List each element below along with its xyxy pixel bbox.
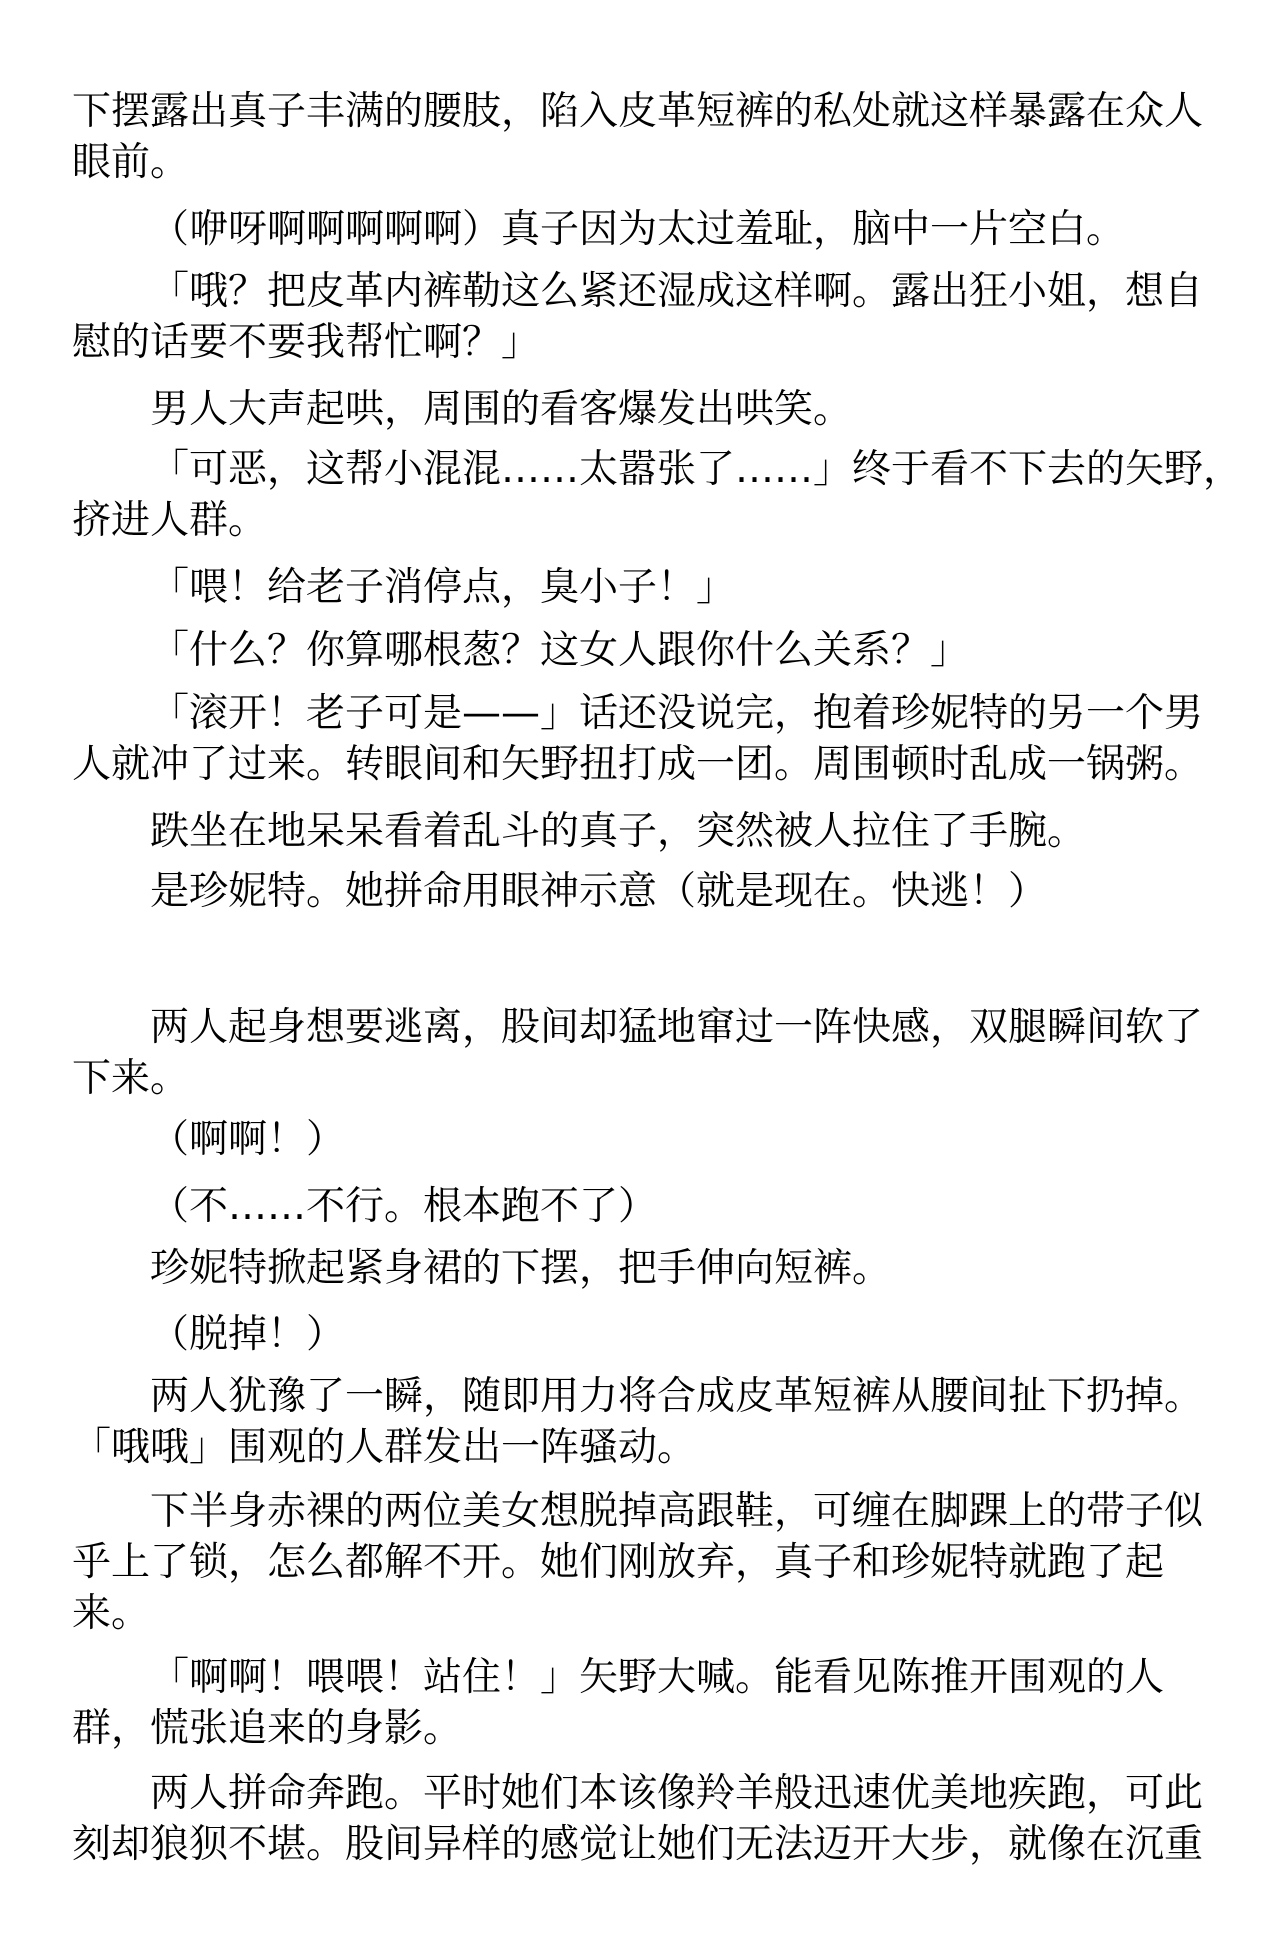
text-line: 乎上了锁，怎么都解不开。她们刚放弃，真子和珍妮特就跑了起: [72, 1537, 1232, 1588]
text-line: 「可恶，这帮小混混……太嚣张了……」终于看不下去的矢野，: [72, 444, 1232, 495]
text-line: 挤进人群。: [72, 495, 1232, 546]
paragraph: （咿呀啊啊啊啊啊）真子因为太过羞耻，脑中一片空白。: [72, 204, 1232, 255]
text-line: 人就冲了过来。转眼间和矢野扭打成一团。周围顿时乱成一锅粥。: [72, 739, 1232, 790]
paragraph: 跌坐在地呆呆看着乱斗的真子，突然被人拉住了手腕。: [72, 806, 1232, 857]
paragraph: 「啊啊！喂喂！站住！」矢野大喊。能看见陈推开围观的人 群，慌张追来的身影。: [72, 1652, 1232, 1754]
text-line: 下来。: [72, 1053, 1232, 1104]
paragraph: 珍妮特掀起紧身裙的下摆，把手伸向短裤。: [72, 1243, 1232, 1294]
text-line: 来。: [72, 1588, 1232, 1639]
text-line: （咿呀啊啊啊啊啊）真子因为太过羞耻，脑中一片空白。: [72, 204, 1232, 255]
text-line: 两人犹豫了一瞬，随即用力将合成皮革短裤从腰间扯下扔掉。: [72, 1371, 1232, 1422]
text-line: 两人拼命奔跑。平时她们本该像羚羊般迅速优美地疾跑，可此: [72, 1768, 1232, 1819]
text-line: 「啊啊！喂喂！站住！」矢野大喊。能看见陈推开围观的人: [72, 1652, 1232, 1703]
text-line: 刻却狼狈不堪。股间异样的感觉让她们无法迈开大步，就像在沉重: [72, 1819, 1232, 1870]
text-line: 珍妮特掀起紧身裙的下摆，把手伸向短裤。: [72, 1243, 1232, 1294]
paragraph: 两人犹豫了一瞬，随即用力将合成皮革短裤从腰间扯下扔掉。 「哦哦」围观的人群发出一…: [72, 1371, 1232, 1473]
text-line: （啊啊！）: [72, 1114, 1232, 1165]
paragraph: （啊啊！）: [72, 1114, 1232, 1165]
document-page: 下摆露出真子丰满的腰肢，陷入皮革短裤的私处就这样暴露在众人 眼前。 （咿呀啊啊啊…: [0, 0, 1280, 1942]
text-line: 男人大声起哄，周围的看客爆发出哄笑。: [72, 384, 1232, 435]
paragraph: （脱掉！）: [72, 1309, 1232, 1360]
paragraph: 下摆露出真子丰满的腰肢，陷入皮革短裤的私处就这样暴露在众人 眼前。: [72, 86, 1232, 188]
text-line: 下半身赤裸的两位美女想脱掉高跟鞋，可缠在脚踝上的带子似: [72, 1486, 1232, 1537]
text-line: 眼前。: [72, 137, 1232, 188]
paragraph: （不……不行。根本跑不了）: [72, 1181, 1232, 1232]
text-line: 慰的话要不要我帮忙啊？」: [72, 317, 1232, 368]
paragraph: 下半身赤裸的两位美女想脱掉高跟鞋，可缠在脚踝上的带子似 乎上了锁，怎么都解不开。…: [72, 1486, 1232, 1639]
paragraph: 两人拼命奔跑。平时她们本该像羚羊般迅速优美地疾跑，可此 刻却狼狈不堪。股间异样的…: [72, 1768, 1232, 1870]
text-line: 「喂！给老子消停点，臭小子！」: [72, 562, 1232, 613]
text-line: （脱掉！）: [72, 1309, 1232, 1360]
paragraph: 男人大声起哄，周围的看客爆发出哄笑。: [72, 384, 1232, 435]
paragraph: 是珍妮特。她拼命用眼神示意（就是现在。快逃！）: [72, 866, 1232, 917]
text-line: 「什么？你算哪根葱？这女人跟你什么关系？」: [72, 625, 1232, 676]
text-line: 群，慌张追来的身影。: [72, 1703, 1232, 1754]
paragraph: 「可恶，这帮小混混……太嚣张了……」终于看不下去的矢野， 挤进人群。: [72, 444, 1232, 546]
text-line: 是珍妮特。她拼命用眼神示意（就是现在。快逃！）: [72, 866, 1232, 917]
paragraph: 「什么？你算哪根葱？这女人跟你什么关系？」: [72, 625, 1232, 676]
paragraph: 「喂！给老子消停点，臭小子！」: [72, 562, 1232, 613]
paragraph: 两人起身想要逃离，股间却猛地窜过一阵快感，双腿瞬间软了 下来。: [72, 1002, 1232, 1104]
text-line: 「哦哦」围观的人群发出一阵骚动。: [72, 1422, 1232, 1473]
text-line: 两人起身想要逃离，股间却猛地窜过一阵快感，双腿瞬间软了: [72, 1002, 1232, 1053]
text-line: 「滚开！老子可是——」话还没说完，抱着珍妮特的另一个男: [72, 688, 1232, 739]
text-line: 下摆露出真子丰满的腰肢，陷入皮革短裤的私处就这样暴露在众人: [72, 86, 1232, 137]
paragraph: 「哦？把皮革内裤勒这么紧还湿成这样啊。露出狂小姐，想自 慰的话要不要我帮忙啊？」: [72, 266, 1232, 368]
text-line: 跌坐在地呆呆看着乱斗的真子，突然被人拉住了手腕。: [72, 806, 1232, 857]
text-line: 「哦？把皮革内裤勒这么紧还湿成这样啊。露出狂小姐，想自: [72, 266, 1232, 317]
paragraph: 「滚开！老子可是——」话还没说完，抱着珍妮特的另一个男 人就冲了过来。转眼间和矢…: [72, 688, 1232, 790]
text-line: （不……不行。根本跑不了）: [72, 1181, 1232, 1232]
